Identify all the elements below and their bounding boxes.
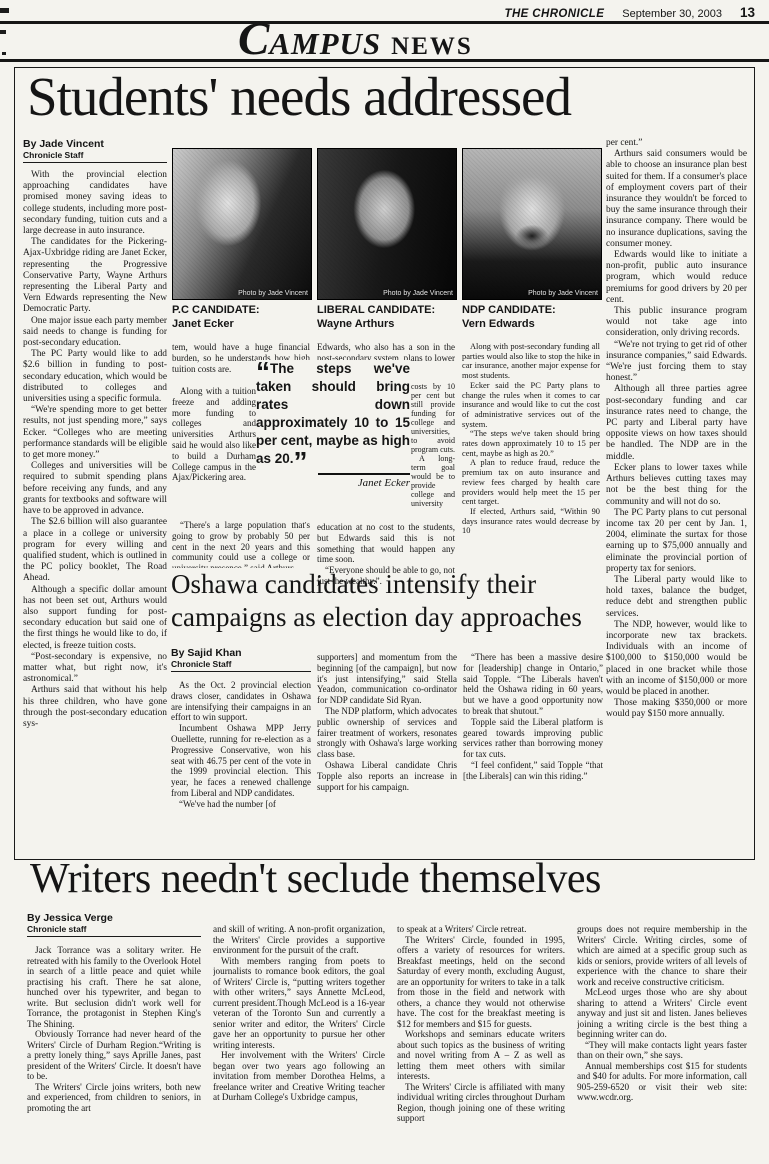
paragraph: per cent.” bbox=[606, 138, 747, 149]
paragraph: supporters] and momentum from the beginn… bbox=[317, 652, 457, 706]
paragraph: The Writers' Circle joins writers, both … bbox=[27, 1082, 201, 1114]
paragraph: “We're not trying to get rid of other in… bbox=[606, 340, 747, 385]
paragraph: costs by 10 per cent but still provide f… bbox=[411, 382, 455, 454]
article2-headline-line2: campaigns as election day approaches bbox=[171, 601, 582, 634]
paragraph: If elected, Arthurs said, “Within 90 day… bbox=[462, 507, 600, 536]
pull-quote: “The steps we've taken should bring rate… bbox=[256, 360, 410, 522]
paragraph: The PC Party would like to add $2.6 bill… bbox=[23, 349, 167, 405]
paragraph: “We've had the number [of bbox=[171, 799, 311, 810]
scan-artifact bbox=[2, 52, 6, 55]
candidate-label-ndp: NDP CANDIDATE: Vern Edwards bbox=[462, 304, 556, 331]
pull-quote-text-block: “The steps we've taken should bring rate… bbox=[256, 360, 410, 468]
scan-artifact bbox=[0, 30, 6, 34]
masthead-word2: NEWS bbox=[391, 33, 473, 61]
photo-credit: Photo by Jade Vincent bbox=[528, 290, 598, 297]
paragraph: “There's a large population that's going… bbox=[172, 520, 310, 568]
article2-column-2: supporters] and momentum from the beginn… bbox=[317, 652, 457, 852]
byline-author: By Jessica Verge bbox=[27, 912, 201, 924]
masthead-word1: AMPUS bbox=[269, 26, 381, 62]
paragraph: Workshops and seminars educate writers a… bbox=[397, 1029, 565, 1082]
paragraph: A plan to reduce fraud, reduce the premi… bbox=[462, 458, 600, 507]
paragraph: Annual memberships cost $15 for students… bbox=[577, 1061, 747, 1103]
paragraph: Obviously Torrance had never heard of th… bbox=[27, 1029, 201, 1082]
paragraph: “We're spending more to get better resul… bbox=[23, 405, 167, 461]
paragraph: and skill of writing. A non-profit organ… bbox=[213, 924, 385, 956]
article3-byline: By Jessica Verge Chronicle staff bbox=[27, 912, 201, 937]
article1-col3-side: costs by 10 per cent but still provide f… bbox=[411, 382, 455, 516]
article-students-needs: Students' needs addressed By Jade Vincen… bbox=[14, 67, 755, 860]
pull-quote-attribution: Janet Ecker bbox=[256, 477, 410, 489]
paragraph: Topple said the Liberal platform is gear… bbox=[463, 717, 603, 760]
paragraph: The candidates for the Pickering-Ajax-Ux… bbox=[23, 237, 167, 315]
article1-col2-side: Along with a tuition freeze and adding m… bbox=[172, 386, 256, 518]
paragraph: Ecker plans to lower taxes while Arthurs… bbox=[606, 463, 747, 508]
paragraph: The PC Party plans to cut personal incom… bbox=[606, 508, 747, 575]
article3-column-4: groups does not require membership in th… bbox=[577, 924, 747, 1162]
article1-column-4: Along with post-secondary funding all pa… bbox=[462, 342, 600, 566]
paragraph: Jack Torrance was a solitary writer. He … bbox=[27, 945, 201, 1029]
paragraph: This public insurance program would not … bbox=[606, 306, 747, 340]
article1-column-1: By Jade Vincent Chronicle Staff With the… bbox=[23, 138, 167, 854]
byline-author: By Jade Vincent bbox=[23, 138, 167, 150]
paragraph: Edwards would like to initiate a non-pro… bbox=[606, 250, 747, 306]
article3-col1-text: Jack Torrance was a solitary writer. He … bbox=[27, 945, 201, 1113]
paragraph: Arthurs said that without his help his t… bbox=[23, 685, 167, 730]
photo-vern-edwards: Photo by Jade Vincent bbox=[462, 148, 602, 300]
paragraph: to speak at a Writers' Circle retreat. bbox=[397, 924, 565, 935]
article2-byline-wrap: By Sajid Khan Chronicle Staff bbox=[171, 647, 311, 679]
paragraph: The Writers' Circle is affiliated with m… bbox=[397, 1082, 565, 1124]
article2-byline: By Sajid Khan Chronicle Staff bbox=[171, 647, 311, 672]
section-masthead: CAMPUS NEWS bbox=[238, 19, 473, 62]
paragraph: Although all three parties agree post-se… bbox=[606, 384, 747, 462]
paragraph: Her involvement with the Writers' Circle… bbox=[213, 1050, 385, 1103]
paragraph: Along with post-secondary funding all pa… bbox=[462, 342, 600, 381]
paragraph: groups does not require membership in th… bbox=[577, 924, 747, 987]
candidate-label-pc: P.C CANDIDATE: Janet Ecker bbox=[172, 304, 260, 331]
article1-column-5: per cent.”Arthurs said consumers would b… bbox=[606, 138, 747, 854]
candidate-party: LIBERAL CANDIDATE: bbox=[317, 304, 435, 318]
paragraph: “I feel confident,” said Topple “that [t… bbox=[463, 760, 603, 782]
paragraph: Colleges and universities will be requir… bbox=[23, 461, 167, 517]
article1-byline: By Jade Vincent Chronicle Staff bbox=[23, 138, 167, 163]
paragraph: With members ranging from poets to journ… bbox=[213, 956, 385, 1051]
masthead-initial: C bbox=[238, 19, 269, 59]
byline-organization: Chronicle Staff bbox=[171, 659, 311, 672]
article3-column-2: and skill of writing. A non-profit organ… bbox=[213, 924, 385, 1162]
candidate-label-liberal: LIBERAL CANDIDATE: Wayne Arthurs bbox=[317, 304, 435, 331]
paragraph: The NDP platform, which advocates public… bbox=[317, 706, 457, 760]
candidate-party: NDP CANDIDATE: bbox=[462, 304, 556, 318]
newspaper-page: THE CHRONICLE September 30, 2003 13 CAMP… bbox=[0, 0, 769, 1164]
article1-headline: Students' needs addressed bbox=[27, 64, 571, 130]
article1-col2-below: “There's a large population that's going… bbox=[172, 520, 310, 568]
paragraph: Along with a tuition freeze and adding m… bbox=[172, 386, 256, 483]
paragraph: Oshawa Liberal candidate Chris Topple al… bbox=[317, 760, 457, 792]
paragraph: With the provincial election approaching… bbox=[23, 170, 167, 237]
byline-organization: Chronicle staff bbox=[27, 924, 201, 937]
paragraph: Incumbent Oshawa MPP Jerry Ouellette, ru… bbox=[171, 723, 311, 799]
paragraph: As the Oct. 2 provincial election draws … bbox=[171, 680, 311, 723]
candidate-name: Vern Edwards bbox=[462, 318, 556, 332]
paragraph: One major issue each party member said n… bbox=[23, 316, 167, 350]
article2-column-1: As the Oct. 2 provincial election draws … bbox=[171, 680, 311, 852]
candidate-name: Wayne Arthurs bbox=[317, 318, 435, 332]
paragraph: The $2.6 billion will also guarantee a p… bbox=[23, 517, 167, 584]
article2-headline-line1: Oshawa candidates intensify their bbox=[171, 568, 582, 601]
article3-column-3: to speak at a Writers' Circle retreat.Th… bbox=[397, 924, 565, 1162]
article3-column-1: By Jessica Verge Chronicle staff Jack To… bbox=[27, 912, 201, 1162]
paragraph: The Liberal party would like to hold tax… bbox=[606, 575, 747, 620]
photo-credit: Photo by Jade Vincent bbox=[383, 290, 453, 297]
paragraph: “There has been a massive desire for [le… bbox=[463, 652, 603, 717]
candidate-party: P.C CANDIDATE: bbox=[172, 304, 260, 318]
paragraph: McLeod urges those who are shy about sha… bbox=[577, 987, 747, 1040]
paragraph: Ecker said the PC Party plans to change … bbox=[462, 381, 600, 430]
paragraph: A long-term goal would be to provide col… bbox=[411, 454, 455, 508]
scan-artifact bbox=[0, 8, 9, 13]
article2-column-3: “There has been a massive desire for [le… bbox=[463, 652, 603, 852]
paragraph: “Post-secondary is expensive, no matter … bbox=[23, 652, 167, 686]
paragraph: The NDP, however, would like to incorpor… bbox=[606, 620, 747, 698]
byline-author: By Sajid Khan bbox=[171, 647, 311, 659]
article3-headline: Writers needn't seclude themselves bbox=[30, 854, 601, 904]
page-number: 13 bbox=[740, 5, 755, 20]
pull-quote-text: The steps we've taken should bring rates… bbox=[256, 361, 410, 466]
paragraph: Although a specific dollar amount has no… bbox=[23, 585, 167, 652]
candidate-name: Janet Ecker bbox=[172, 318, 260, 332]
article1-col1-text: With the provincial election approaching… bbox=[23, 170, 167, 730]
publication-name: THE CHRONICLE bbox=[505, 8, 605, 20]
paragraph: “They will make contacts light years fas… bbox=[577, 1040, 747, 1061]
article-oshawa-candidates: Oshawa candidates intensify their campai… bbox=[167, 568, 603, 856]
close-quote-mark: ” bbox=[294, 446, 308, 477]
page-header: THE CHRONICLE September 30, 2003 13 bbox=[430, 5, 755, 20]
article2-headline: Oshawa candidates intensify their campai… bbox=[171, 568, 582, 634]
paragraph: The Writers' Circle, founded in 1995, of… bbox=[397, 935, 565, 1030]
paragraph: education at no cost to the students, bu… bbox=[317, 522, 455, 565]
photo-wayne-arthurs: Photo by Jade Vincent bbox=[317, 148, 457, 300]
photo-credit: Photo by Jade Vincent bbox=[238, 290, 308, 297]
paragraph: Arthurs said consumers would be able to … bbox=[606, 149, 747, 250]
paragraph: “The steps we've taken should bring rate… bbox=[462, 429, 600, 458]
paragraph: Those making $350,000 or more would pay … bbox=[606, 698, 747, 720]
article-writers-seclude: Writers needn't seclude themselves By Je… bbox=[0, 862, 769, 1164]
byline-organization: Chronicle Staff bbox=[23, 150, 167, 163]
issue-date: September 30, 2003 bbox=[622, 8, 722, 20]
pull-quote-rule bbox=[318, 473, 410, 475]
photo-janet-ecker: Photo by Jade Vincent bbox=[172, 148, 312, 300]
